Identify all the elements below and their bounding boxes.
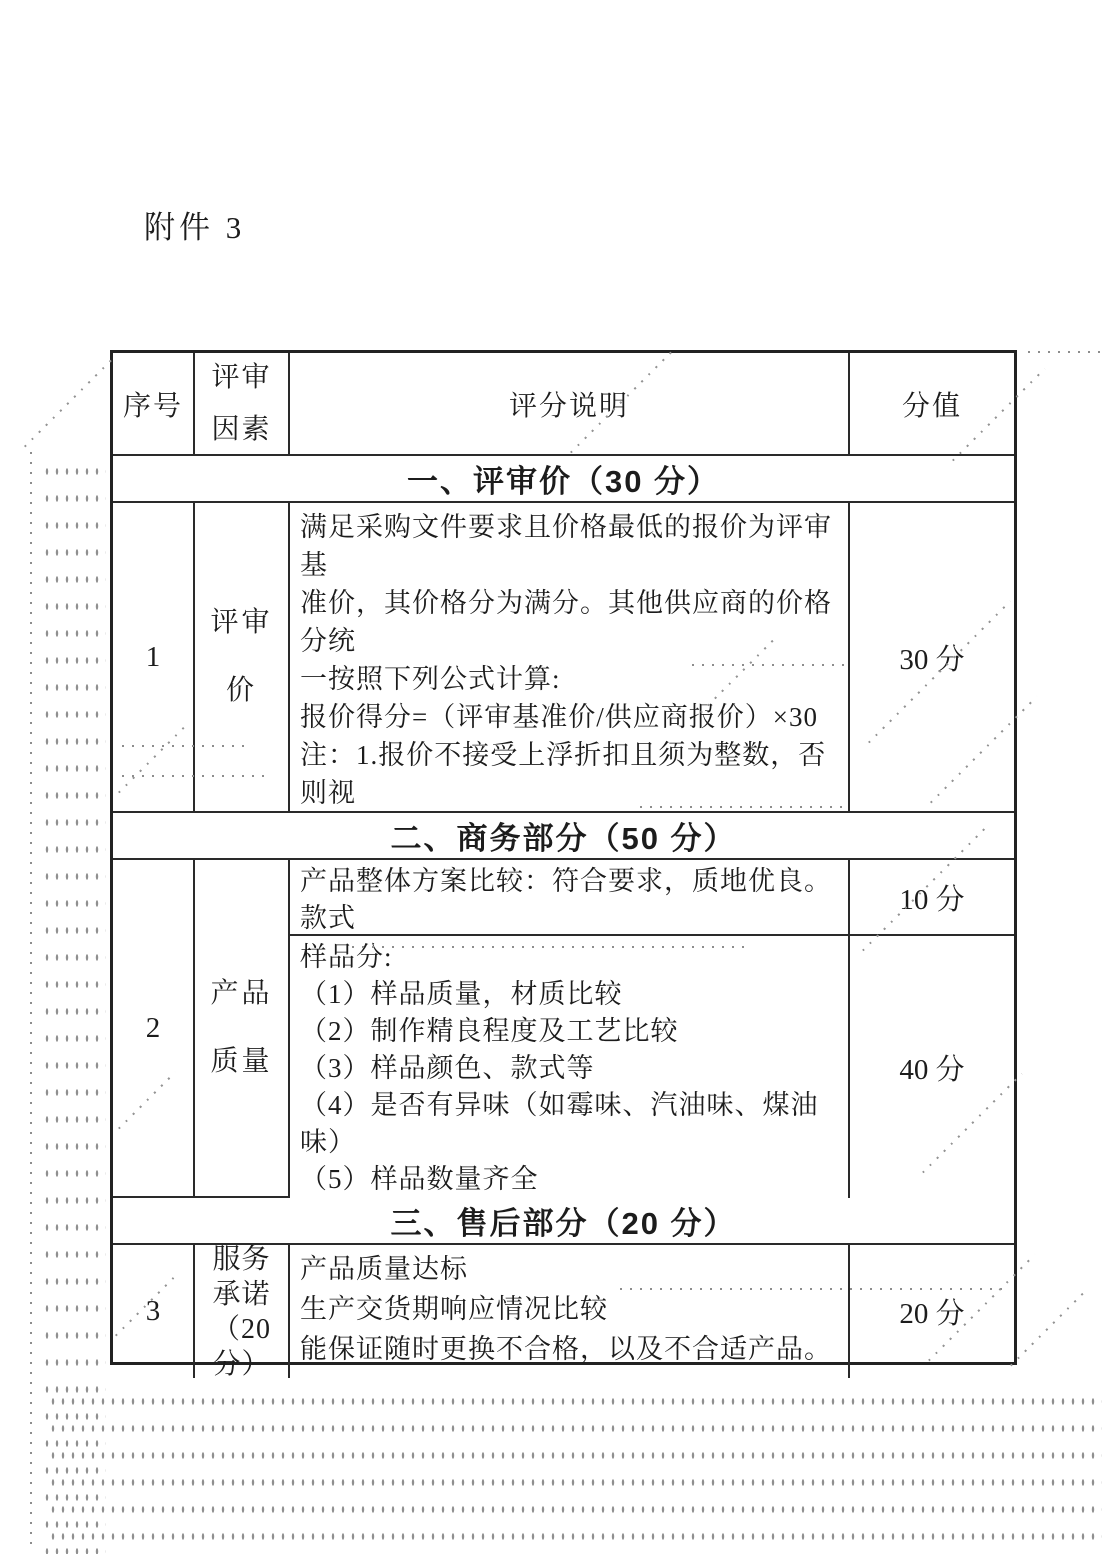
header-factor: 评审 因素 (195, 353, 290, 456)
section-2-title-row: 二、商务部分（50 分） (113, 813, 1014, 860)
scan-artifact-diagonal (24, 360, 112, 448)
section-1-title: 一、评审价（30 分） (113, 456, 1014, 503)
scan-artifact-dotline (692, 664, 846, 666)
row-2-factor: 产品 质量 (195, 860, 290, 1198)
row-2-subrow-2-score: 40 分 (850, 936, 1014, 1198)
row-3-desc: 产品质量达标 生产交货期响应情况比较 能保证随时更换不合格，以及不合适产品。 (290, 1245, 850, 1378)
row-2-subrow-2: 样品分: （1）样品质量，材质比较 （2）制作精良程度及工艺比较 （3）样品颜色… (290, 936, 1014, 1198)
header-seq: 序号 (113, 353, 195, 456)
row-2-subrow-1-desc: 产品整体方案比较：符合要求，质地优良。款式 合身。 (290, 860, 850, 936)
row-1-factor: 评审 价 (195, 503, 290, 813)
row-2-seq: 2 (113, 860, 195, 1198)
section-3-title: 三、售后部分（20 分） (113, 1198, 1014, 1245)
scan-artifact-dotline (30, 452, 32, 1552)
table-row-3: 3 服务 承诺 （20 分） 产品质量达标 生产交货期响应情况比较 能保证随时更… (113, 1245, 1014, 1378)
scan-artifact-dotline (352, 946, 752, 948)
scan-artifact-dotline (122, 745, 250, 747)
row-3-seq: 3 (113, 1245, 195, 1378)
scan-artifact-dotline (1028, 351, 1102, 353)
scan-artifact-diagonal (1010, 1287, 1089, 1366)
table-row-2: 2 产品 质量 产品整体方案比较：符合要求，质地优良。款式 合身。 10 分 样… (113, 860, 1014, 1198)
scan-artifact-dotline (640, 806, 844, 808)
attachment-label: 附件 3 (144, 202, 245, 247)
row-2-subrow-1: 产品整体方案比较：符合要求，质地优良。款式 合身。 10 分 (290, 860, 1014, 936)
table-header-row: 序号 评审 因素 评分说明 分值 (113, 353, 1014, 456)
scan-artifact-dotline (122, 775, 270, 777)
section-1-title-row: 一、评审价（30 分） (113, 456, 1014, 503)
row-1-seq: 1 (113, 503, 195, 813)
header-desc: 评分说明 (290, 353, 850, 456)
row-2-subrow-2-desc: 样品分: （1）样品质量，材质比较 （2）制作精良程度及工艺比较 （3）样品颜色… (290, 936, 850, 1198)
evaluation-table: 序号 评审 因素 评分说明 分值 一、评审价（30 分） 1 评审 价 满足采购… (110, 350, 1017, 1365)
section-2-title: 二、商务部分（50 分） (113, 813, 1014, 860)
row-2-subrows: 产品整体方案比较：符合要求，质地优良。款式 合身。 10 分 样品分: （1）样… (290, 860, 1014, 1198)
row-1-desc: 满足采购文件要求且价格最低的报价为评审基 准价，其价格分为满分。其他供应商的价格… (290, 503, 850, 813)
scan-artifact-dotgrid (48, 1388, 1102, 1558)
table-row-1: 1 评审 价 满足采购文件要求且价格最低的报价为评审基 准价，其价格分为满分。其… (113, 503, 1014, 813)
scan-artifact-dotline (620, 1288, 1002, 1290)
row-2-subrow-1-score: 10 分 (850, 860, 1014, 936)
row-1-score: 30 分 (850, 503, 1014, 813)
row-3-factor: 服务 承诺 （20 分） (195, 1245, 290, 1378)
section-3-title-row: 三、售后部分（20 分） (113, 1198, 1014, 1245)
header-score: 分值 (850, 353, 1014, 456)
